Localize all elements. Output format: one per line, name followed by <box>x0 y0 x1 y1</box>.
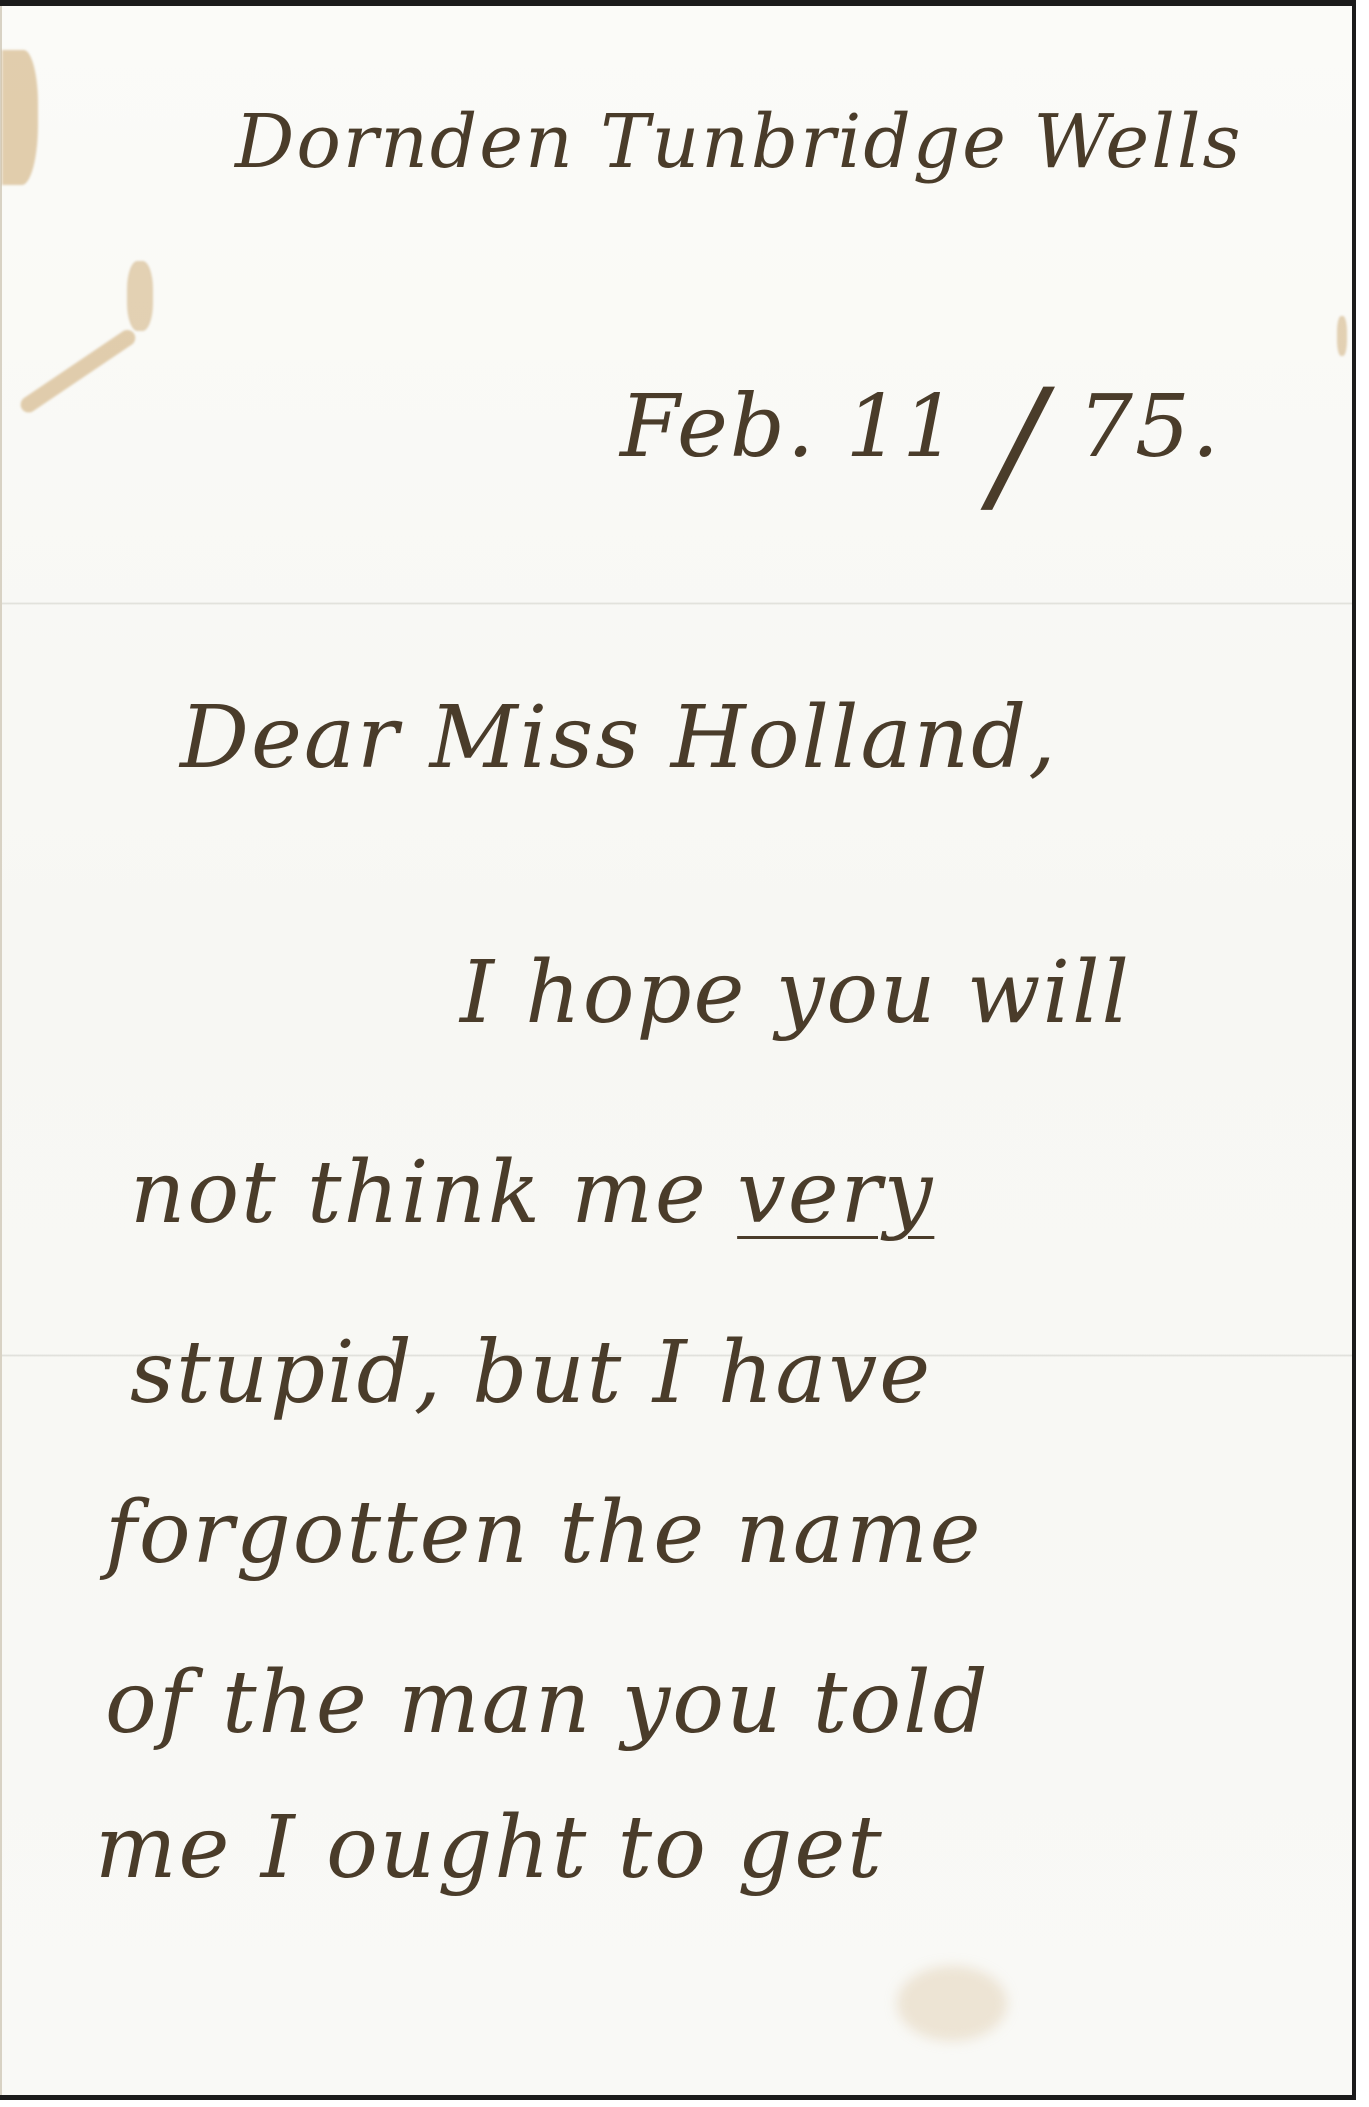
water-stain <box>2 50 38 185</box>
date-slash: / <box>992 370 1045 520</box>
date-year: 75. <box>1078 377 1221 477</box>
body-line-text: not think me <box>130 1143 708 1243</box>
body-line: forgotten the name <box>105 1490 983 1576</box>
body-line: me I ought to get <box>95 1805 884 1891</box>
water-stain <box>897 1966 1007 2041</box>
body-line: stupid, but I have <box>130 1330 932 1416</box>
body-line: of the man you told <box>105 1660 990 1746</box>
body-line: I hope you will <box>460 950 1131 1036</box>
letter-date: Feb. 11 / 75. <box>620 330 1221 480</box>
water-stain <box>1337 316 1347 356</box>
letter-page <box>0 6 1352 2095</box>
fold-line <box>2 602 1352 605</box>
underlined-word: very <box>737 1143 934 1243</box>
letter-salutation: Dear Miss Holland, <box>180 695 1058 781</box>
date-month-day: Feb. 11 <box>620 377 959 477</box>
letter-address: Dornden Tunbridge Wells <box>235 105 1243 179</box>
water-stain <box>18 327 139 416</box>
body-line: not think me very <box>130 1150 934 1236</box>
water-stain <box>127 261 153 331</box>
